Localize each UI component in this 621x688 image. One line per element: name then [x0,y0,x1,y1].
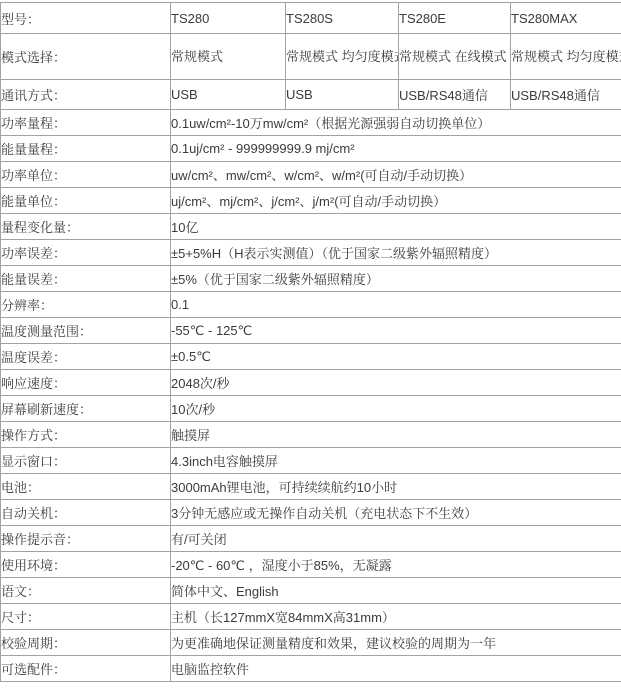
spec-row-value: ±5+5%H（H表示实测值）（优于国家二级紫外辐照精度） [171,240,621,266]
spec-row-label: 温度测量范围： [1,318,171,344]
spec-table-body: 型号： TS280 TS280S TS280E TS280MAX 模式选择： 常… [1,3,621,682]
mode-value-ts280max: 常规模式 均匀度模式 在线模式 [511,34,621,80]
spec-table: 型号： TS280 TS280S TS280E TS280MAX 模式选择： 常… [0,2,621,682]
spec-row-value: 电脑监控软件 [171,656,621,682]
spec-row-value: 2048次/秒 [171,370,621,396]
spec-row-label: 能量误差： [1,266,171,292]
spec-row: 温度测量范围：-55℃ - 125℃ [1,318,621,344]
spec-row-value: -55℃ - 125℃ [171,318,621,344]
spec-row-value: 简体中文、English [171,578,621,604]
spec-row-label: 尺寸： [1,604,171,630]
comm-row: 通讯方式： USB USB USB/RS48通信 USB/RS48通信 [1,80,621,110]
spec-row-label: 操作方式： [1,422,171,448]
spec-row-value: 有/可关闭 [171,526,621,552]
spec-row-label: 校验周期： [1,630,171,656]
mode-value-ts280e: 常规模式 在线模式 [399,34,511,80]
spec-row: 语文：简体中文、English [1,578,621,604]
spec-row: 可选配件：电脑监控软件 [1,656,621,682]
spec-row-value: 主机（长127mmX宽84mmX高31mm） [171,604,621,630]
spec-row-label: 能量量程： [1,136,171,162]
spec-row: 功率误差：±5+5%H（H表示实测值）（优于国家二级紫外辐照精度） [1,240,621,266]
spec-row-value: uj/cm²、mj/cm²、j/cm²、j/m²(可自动/手动切换） [171,188,621,214]
comm-value-ts280: USB [171,80,286,110]
spec-row-value: ±0.5℃ [171,344,621,370]
spec-row: 能量误差：±5%（优于国家二级紫外辐照精度） [1,266,621,292]
spec-row-value: 0.1uj/cm² - 999999999.9 mj/cm² [171,136,621,162]
spec-row-label: 语文： [1,578,171,604]
spec-row: 操作提示音：有/可关闭 [1,526,621,552]
spec-row: 操作方式：触摸屏 [1,422,621,448]
spec-row-value: 3000mAh锂电池，可持续续航约10小时 [171,474,621,500]
spec-row-label: 自动关机： [1,500,171,526]
spec-row-label: 操作提示音： [1,526,171,552]
spec-row: 功率单位：uw/cm²、mw/cm²、w/cm²、w/m²(可自动/手动切换） [1,162,621,188]
comm-value-ts280max: USB/RS48通信 [511,80,621,110]
spec-row-label: 能量单位： [1,188,171,214]
spec-row: 温度误差：±0.5℃ [1,344,621,370]
spec-row-value: 0.1 [171,292,621,318]
spec-row-label: 功率量程： [1,110,171,136]
model-row: 型号： TS280 TS280S TS280E TS280MAX [1,3,621,34]
row-label-model: 型号： [1,3,171,34]
spec-row: 能量量程：0.1uj/cm² - 999999999.9 mj/cm² [1,136,621,162]
spec-row: 尺寸：主机（长127mmX宽84mmX高31mm） [1,604,621,630]
spec-row-value: 为更准确地保证测量精度和效果，建议校验的周期为一年 [171,630,621,656]
spec-row: 响应速度：2048次/秒 [1,370,621,396]
spec-row-label: 响应速度： [1,370,171,396]
model-name-ts280: TS280 [171,3,286,34]
spec-row-label: 可选配件： [1,656,171,682]
spec-row-label: 量程变化量： [1,214,171,240]
mode-value-ts280s: 常规模式 均匀度模式 [286,34,399,80]
spec-row-label: 功率单位： [1,162,171,188]
model-name-ts280e: TS280E [399,3,511,34]
spec-row-value: 10次/秒 [171,396,621,422]
spec-row-label: 电池： [1,474,171,500]
mode-row: 模式选择： 常规模式 常规模式 均匀度模式 常规模式 在线模式 常规模式 均匀度… [1,34,621,80]
comm-value-ts280s: USB [286,80,399,110]
row-label-mode: 模式选择： [1,34,171,80]
spec-row-label: 显示窗口： [1,448,171,474]
spec-row-value: uw/cm²、mw/cm²、w/cm²、w/m²(可自动/手动切换） [171,162,621,188]
comm-value-ts280e: USB/RS48通信 [399,80,511,110]
spec-row-label: 功率误差： [1,240,171,266]
spec-row-value: 3分钟无感应或无操作自动关机（充电状态下不生效） [171,500,621,526]
spec-row-label: 屏幕刷新速度： [1,396,171,422]
mode-value-ts280: 常规模式 [171,34,286,80]
spec-row: 能量单位：uj/cm²、mj/cm²、j/cm²、j/m²(可自动/手动切换） [1,188,621,214]
spec-sheet-page: 型号： TS280 TS280S TS280E TS280MAX 模式选择： 常… [0,0,621,688]
spec-row-label: 分辨率： [1,292,171,318]
row-label-comm: 通讯方式： [1,80,171,110]
spec-row: 校验周期：为更准确地保证测量精度和效果，建议校验的周期为一年 [1,630,621,656]
spec-row-value: 触摸屏 [171,422,621,448]
model-name-ts280max: TS280MAX [511,3,621,34]
spec-row: 显示窗口：4.3inch电容触摸屏 [1,448,621,474]
spec-row: 自动关机：3分钟无感应或无操作自动关机（充电状态下不生效） [1,500,621,526]
spec-row-value: 0.1uw/cm²-10万mw/cm²（根据光源强弱自动切换单位） [171,110,621,136]
spec-row-value: -20℃ - 60℃ ，湿度小于85%，无凝露 [171,552,621,578]
spec-row-value: 4.3inch电容触摸屏 [171,448,621,474]
spec-row: 屏幕刷新速度：10次/秒 [1,396,621,422]
spec-row-value: 10亿 [171,214,621,240]
spec-row: 电池：3000mAh锂电池，可持续续航约10小时 [1,474,621,500]
spec-row: 分辨率：0.1 [1,292,621,318]
spec-row: 功率量程：0.1uw/cm²-10万mw/cm²（根据光源强弱自动切换单位） [1,110,621,136]
spec-row-value: ±5%（优于国家二级紫外辐照精度） [171,266,621,292]
spec-row: 使用环境：-20℃ - 60℃ ，湿度小于85%，无凝露 [1,552,621,578]
spec-row-label: 使用环境： [1,552,171,578]
spec-row-label: 温度误差： [1,344,171,370]
model-name-ts280s: TS280S [286,3,399,34]
spec-row: 量程变化量：10亿 [1,214,621,240]
